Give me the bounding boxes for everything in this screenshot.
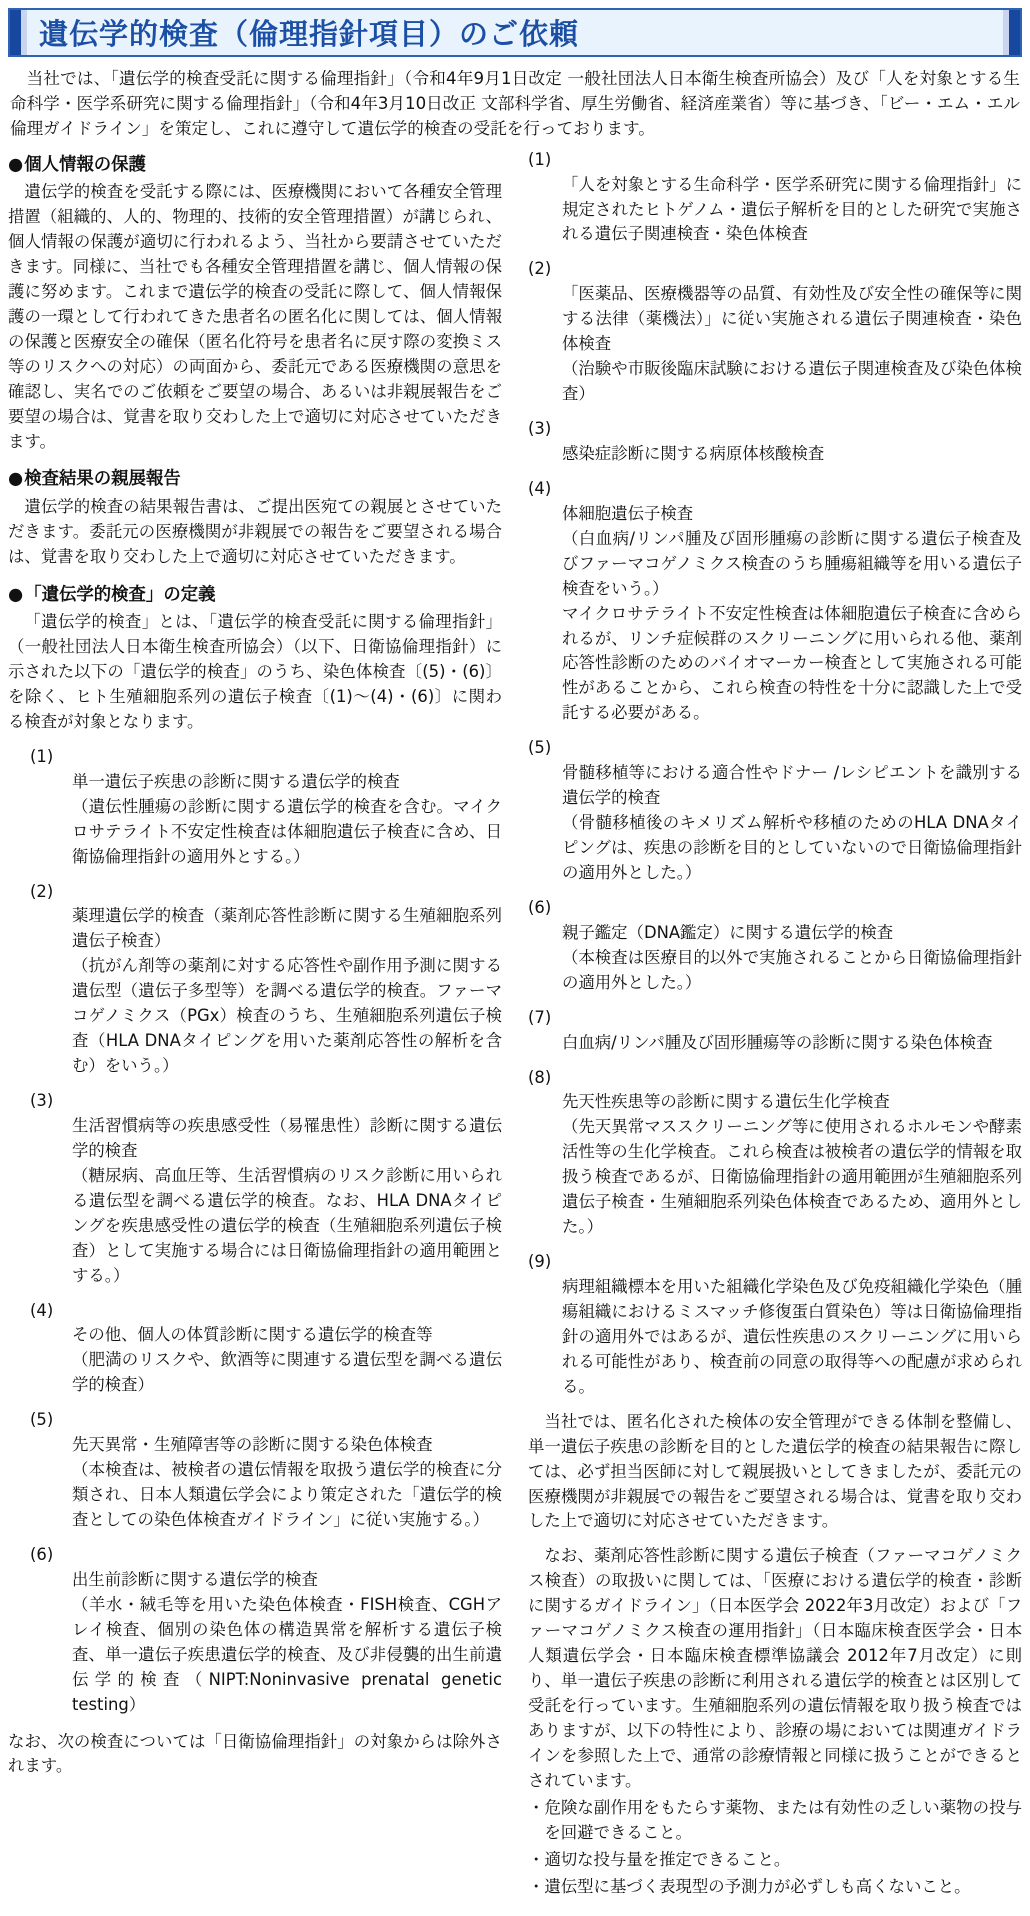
item-number: (8) (528, 1066, 551, 1091)
list-item: (8)先天性疾患等の診断に関する遺伝生化学検査 （先天異常マススクリーニング等に… (528, 1066, 1022, 1241)
section-body-personal-info: 遺伝学的検査を受託する際には、医療機関において各種安全管理措置（組織的、人的、物… (8, 180, 502, 454)
title-bar: 遺伝学的検査（倫理指針項目）のご依頼 (8, 8, 1022, 57)
item-number: (3) (528, 417, 551, 442)
item-text: 薬理遺伝学的検査（薬剤応答性診断に関する生殖細胞系列遺伝子検査） （抗がん剤等の… (72, 906, 502, 1075)
list-item: (3)感染症診断に関する病原体核酸検査 (528, 417, 1022, 467)
pgx-bullet-item: ・危険な副作用をもたらす薬物、または有効性の乏しい薬物の投与を回避できること。 (528, 1796, 1022, 1846)
exclusion-note: なお、次の検査については「日衛協倫理指針」の対象からは除外されます。 (8, 1730, 502, 1780)
intro-paragraph: 当社では、「遺伝学的検査受託に関する倫理指針」（令和4年9月1日改定 一般社団法… (10, 67, 1020, 142)
item-text: 白血病/リンパ腫及び固形腫瘍等の診断に関する染色体検査 (562, 1033, 993, 1052)
item-text: 単一遺伝子疾患の診断に関する遺伝学的検査 （遺伝性腫瘍の診断に関する遺伝学的検査… (72, 772, 502, 866)
pgx-bullet-item: ・適切な投与量を推定できること。 (528, 1848, 1022, 1873)
list-item: (1)単一遺伝子疾患の診断に関する遺伝学的検査 （遺伝性腫瘍の診断に関する遺伝学… (30, 745, 502, 870)
item-text: 感染症診断に関する病原体核酸検査 (562, 444, 824, 463)
section-heading-personal-info: ● 個人情報の保護 (8, 152, 502, 178)
item-text: 体細胞遺伝子検査 （白血病/リンパ腫及び固形腫瘍の診断に関する遺伝子検査及びファ… (562, 504, 1022, 723)
item-number: (4) (528, 477, 551, 502)
item-text: 「医薬品、医療機器等の品質、有効性及び安全性の確保等に関する法律（薬機法）」に従… (562, 284, 1022, 403)
left-column: ● 個人情報の保護 遺伝学的検査を受託する際には、医療機関において各種安全管理措… (8, 146, 502, 1902)
section-heading-label: 「遺伝学的検査」の定義 (24, 582, 215, 608)
item-number: (7) (528, 1006, 551, 1031)
definition-item-list: (1)単一遺伝子疾患の診断に関する遺伝学的検査 （遺伝性腫瘍の診断に関する遺伝学… (30, 745, 502, 1718)
document-page: 遺伝学的検査（倫理指針項目）のご依頼 当社では、「遺伝学的検査受託に関する倫理指… (0, 0, 1030, 1916)
item-number: (2) (30, 880, 53, 905)
title-box: 遺伝学的検査（倫理指針項目）のご依頼 (27, 10, 1003, 55)
item-text: 出生前診断に関する遺伝学的検査 （羊水・絨毛等を用いた染色体検査・FISH検査、… (72, 1570, 502, 1714)
item-number: (5) (528, 736, 551, 761)
list-item: (2)「医薬品、医療機器等の品質、有効性及び安全性の確保等に関する法律（薬機法）… (528, 257, 1022, 407)
item-number: (1) (528, 148, 551, 173)
item-number: (9) (528, 1250, 551, 1275)
section-heading-label: 検査結果の親展報告 (24, 466, 181, 492)
list-item: (6)出生前診断に関する遺伝学的検査 （羊水・絨毛等を用いた染色体検査・FISH… (30, 1543, 502, 1718)
list-item: (9)病理組織標本を用いた組織化学染色及び免疫組織化学染色（腫瘍組織におけるミス… (528, 1250, 1022, 1400)
pgx-bullet-item: ・遺伝型に基づく表現型の予測力が必ずしも高くないこと。 (528, 1875, 1022, 1900)
section-body-confidential-report: 遺伝学的検査の結果報告書は、ご提出医宛ての親展とさせていただきます。委託元の医療… (8, 495, 502, 570)
item-number: (2) (528, 257, 551, 282)
item-text: 骨髄移植等における適合性やドナー /レシピエントを識別する遺伝学的検査 （骨髄移… (562, 763, 1022, 882)
item-text: 先天異常・生殖障害等の診断に関する染色体検査 （本検査は、被検者の遺伝情報を取扱… (72, 1435, 502, 1529)
list-item: (6)親子鑑定（DNA鑑定）に関する遺伝学的検査 （本検査は医療目的以外で実施さ… (528, 896, 1022, 996)
item-number: (4) (30, 1299, 53, 1324)
closing-paragraph-pgx: なお、薬剤応答性診断に関する遺伝子検査（ファーマコゲノミクス検査）の取扱いに関し… (528, 1544, 1022, 1793)
list-item: (3)生活習慣病等の疾患感受性（易罹患性）診断に関する遺伝学的検査 （糖尿病、高… (30, 1089, 502, 1289)
list-item: (7)白血病/リンパ腫及び固形腫瘍等の診断に関する染色体検査 (528, 1006, 1022, 1056)
closing-paragraph-anonymization: 当社では、匿名化された検体の安全管理ができる体制を整備し、単一遺伝子疾患の診断を… (528, 1410, 1022, 1535)
two-column-body: ● 個人情報の保護 遺伝学的検査を受託する際には、医療機関において各種安全管理措… (8, 146, 1022, 1902)
bullet-icon: ● (8, 582, 23, 608)
list-item: (4)その他、個人の体質診断に関する遺伝学的検査等 （肥満のリスクや、飲酒等に関… (30, 1299, 502, 1399)
item-number: (6) (30, 1543, 53, 1568)
item-text: 「人を対象とする生命科学・医学系研究に関する倫理指針」に規定されたヒトゲノム・遺… (562, 175, 1022, 244)
title-right-accent-bar (1009, 10, 1020, 55)
item-number: (1) (30, 745, 53, 770)
list-item: (1)「人を対象とする生命科学・医学系研究に関する倫理指針」に規定されたヒトゲノ… (528, 148, 1022, 248)
right-column: (1)「人を対象とする生命科学・医学系研究に関する倫理指針」に規定されたヒトゲノ… (528, 146, 1022, 1902)
list-item: (2)薬理遺伝学的検査（薬剤応答性診断に関する生殖細胞系列遺伝子検査） （抗がん… (30, 880, 502, 1080)
item-text: 親子鑑定（DNA鑑定）に関する遺伝学的検査 （本検査は医療目的以外で実施されるこ… (562, 923, 1022, 992)
list-item: (5)骨髄移植等における適合性やドナー /レシピエントを識別する遺伝学的検査 （… (528, 736, 1022, 886)
item-text: その他、個人の体質診断に関する遺伝学的検査等 （肥満のリスクや、飲酒等に関連する… (72, 1325, 502, 1394)
section-body-definition: 「遺伝学的検査」とは、「遺伝学的検査受託に関する倫理指針」（一般社団法人日本衛生… (8, 610, 502, 735)
item-number: (3) (30, 1089, 53, 1114)
list-item: (5)先天異常・生殖障害等の診断に関する染色体検査 （本検査は、被検者の遺伝情報… (30, 1408, 502, 1533)
section-heading-definition: ● 「遺伝学的検査」の定義 (8, 582, 502, 608)
page-title: 遺伝学的検査（倫理指針項目）のご依頼 (39, 12, 579, 53)
item-number: (5) (30, 1408, 53, 1433)
bullet-icon: ● (8, 466, 23, 492)
bullet-icon: ● (8, 152, 23, 178)
list-item: (4)体細胞遺伝子検査 （白血病/リンパ腫及び固形腫瘍の診断に関する遺伝子検査及… (528, 477, 1022, 726)
item-text: 病理組織標本を用いた組織化学染色及び免疫組織化学染色（腫瘍組織におけるミスマッチ… (562, 1277, 1022, 1396)
item-number: (6) (528, 896, 551, 921)
item-text: 生活習慣病等の疾患感受性（易罹患性）診断に関する遺伝学的検査 （糖尿病、高血圧等… (72, 1116, 502, 1285)
title-left-accent-bar (10, 10, 21, 55)
section-heading-label: 個人情報の保護 (24, 152, 146, 178)
item-text: 先天性疾患等の診断に関する遺伝生化学検査 （先天異常マススクリーニング等に使用さ… (562, 1092, 1022, 1236)
section-heading-confidential-report: ● 検査結果の親展報告 (8, 466, 502, 492)
